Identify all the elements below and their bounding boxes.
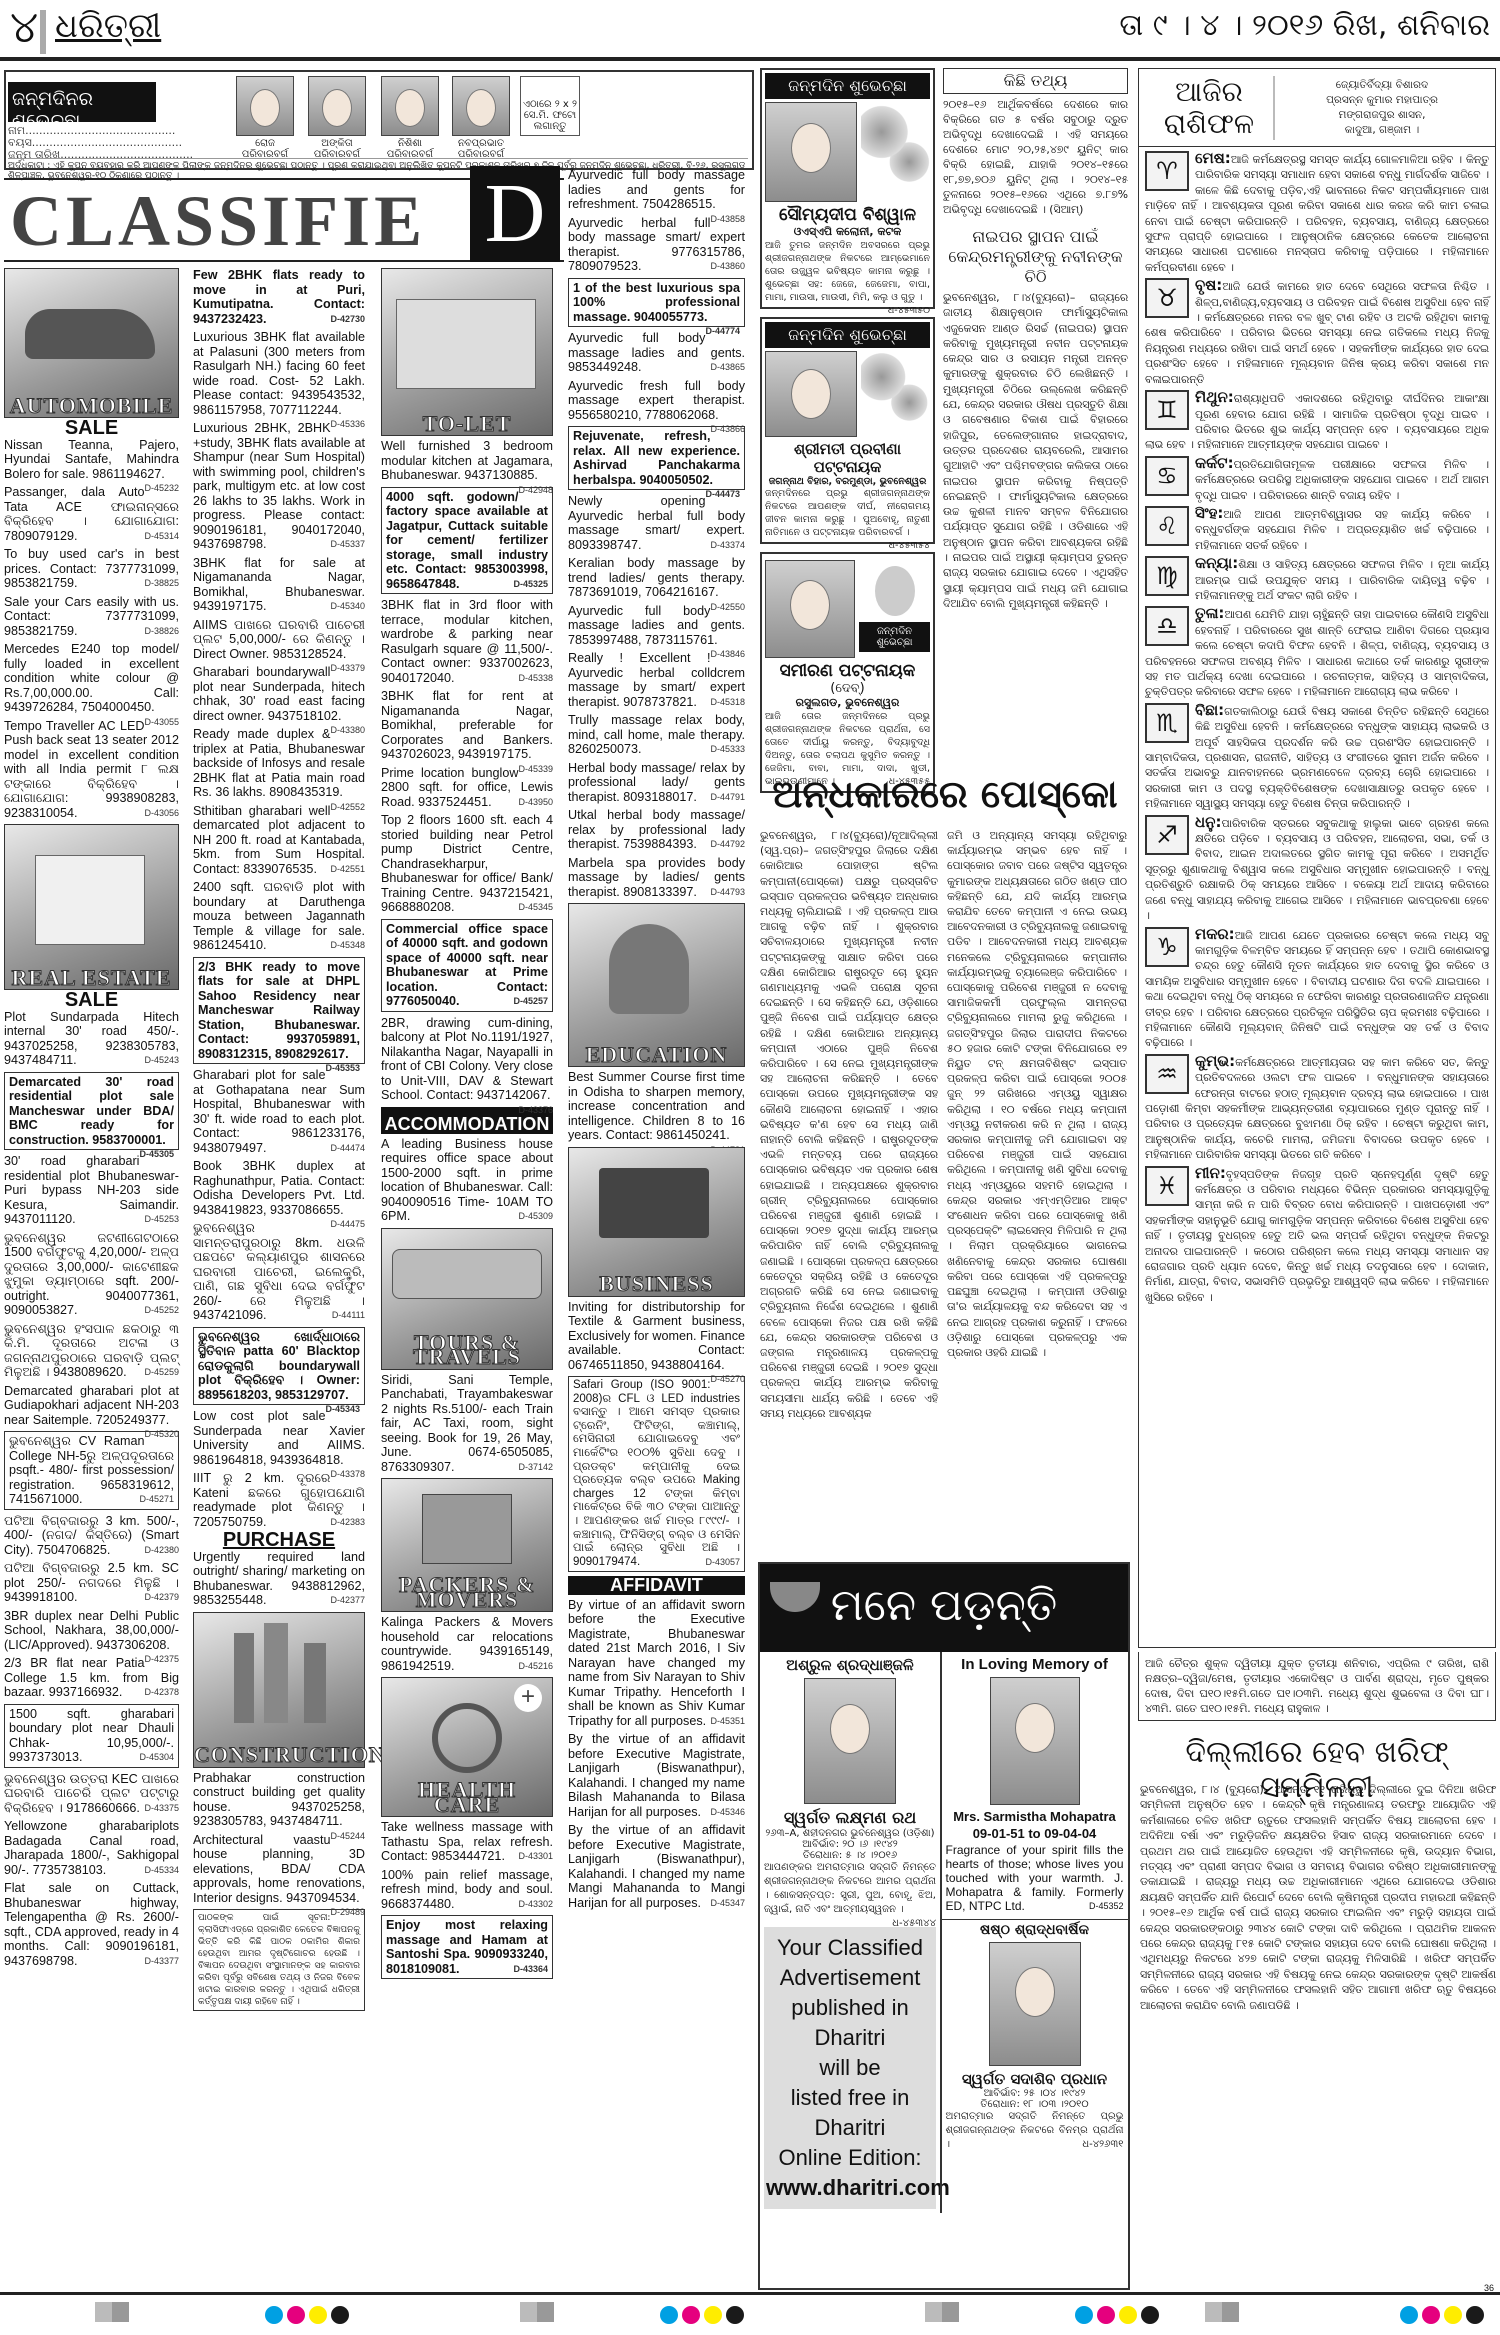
classified-ad[interactable]: 3BR duplex near Delhi Public School, Nak… — [4, 1609, 179, 1653]
birthday-wish-card: ଜନ୍ମଦିନ ଶୁଭେଚ୍ଛା ସୌମ୍ୟଦୀପ ବିଶ୍ୱାଳ ଓଏସ୍‌ଏ… — [760, 68, 935, 309]
maiden-icon: ♍ — [1145, 556, 1189, 596]
scales-icon: ♎ — [1145, 606, 1189, 646]
facts-title: କିଛି ତଥ୍ୟ — [943, 68, 1128, 94]
classified-ad[interactable]: Urgently required land outright/ sharing… — [193, 1550, 365, 1608]
balloon-icon — [875, 566, 915, 616]
classified-ad[interactable]: Ayurvedic fresh full body massage expert… — [568, 379, 745, 423]
classified-ad[interactable]: 2BR, drawing cum-dining, balcony at Plot… — [381, 1016, 553, 1103]
classified-ad[interactable]: Mercedes E240 top model/ fully loaded in… — [4, 642, 179, 715]
issue-date: ତା ୯ । ୪ । ୨୦୧୬ ରିଖ, ଶନିବାର — [1119, 8, 1490, 43]
column-realestate-2: Few 2BHK flats ready to move in at Puri,… — [193, 268, 365, 2015]
child-photo — [381, 76, 439, 136]
child-photo — [236, 76, 294, 136]
classified-ad[interactable]: Gharabari plot for sale at Gothapatana n… — [193, 1068, 365, 1155]
lamp-icon — [770, 1582, 820, 1612]
classified-ad[interactable]: Plot Sundarpada Hitech internal 30' road… — [4, 1010, 179, 1068]
student-icon — [609, 924, 689, 1014]
classified-ad-featured[interactable]: Enjoy most relaxing massage and Hamam at… — [381, 1915, 553, 1979]
bus-icon — [392, 1249, 542, 1299]
gray-registration-mark — [520, 2302, 554, 2322]
classified-ad[interactable]: Nissan Teanna, Pajero, Hyundai Santafe, … — [4, 438, 179, 482]
horoscope-header: ଆଜିରରାଶିଫଳ ଜ୍ୟୋତିର୍ବିଦ୍ୟା ବିଶାରଦପ୍ରସନ୍ନ … — [1139, 69, 1495, 147]
affidavit-notice[interactable]: By the virtue of an affidavit before Exe… — [568, 1823, 745, 1910]
classified-ad[interactable]: Ayurvedic full body massage ladies and g… — [568, 168, 745, 212]
classified-ad[interactable]: Sthitiban gharabari well demarcated plot… — [193, 804, 365, 877]
classified-ad[interactable]: Siridi, Sani Temple, Panchabati, Trayamb… — [381, 1373, 553, 1475]
classified-ad-featured[interactable]: ଭୁବନେଶ୍ୱର ଖୋର୍ଦ୍ଧାଠାରେ ସ୍ଥିତିବାନ patta 6… — [193, 1327, 365, 1406]
cmyk-registration-mark — [1400, 2306, 1484, 2324]
horoscope-entry: ♏ବିଛା:ଗତକାଲିଠାରୁ ଯେଉଁ ବିଷୟ ସକାଶେ ଚିନ୍ତିତ… — [1145, 703, 1489, 812]
horoscope-entry: ♑ମକର:ଆଜି ଆପଣ ଯେତେ ପ୍ରକାରର ଚେଷ୍ଟା କଲେ ମଧ୍… — [1145, 927, 1489, 1051]
affidavit-notice[interactable]: By the virtue of an affidavit before Exe… — [568, 1732, 745, 1819]
posco-article-col-2: ଜମି ଓ ଅନ୍ୟାନ୍ୟ ସମସ୍ୟା ରହିଥିବାରୁ କାର୍ଯ୍ୟା… — [947, 828, 1127, 1360]
header-rule — [0, 57, 1500, 61]
classified-ad[interactable]: Utkal herbal body massage/ relax by prof… — [568, 808, 745, 852]
business-image: BUSINESS — [568, 1147, 745, 1297]
niper-article-body: ଭୁବନେଶ୍ୱର, ୮।୪(ବ୍ୟୁରୋ)– ରାଜ୍ୟରେ ଜାତୀୟ ଶି… — [943, 290, 1128, 611]
photo-caption: ନିଶିଶାପରିବାରବର୍ଗ — [371, 138, 449, 160]
cmyk-registration-mark — [660, 2306, 744, 2324]
gray-registration-mark — [925, 2302, 959, 2322]
horoscope-entry: ♈ମେଷ:ଆଜି କର୍ମକ୍ଷେତ୍ରସ୍ଥ ସମସ୍ତ କାର୍ଯ୍ୟ ଗୋ… — [1145, 151, 1489, 275]
portrait-photo — [765, 351, 857, 437]
flower-decoration — [861, 102, 930, 202]
classified-title: CLASSIFIE — [10, 180, 426, 263]
obituary-left: ଅଶ୍ରୁଳ ଶ୍ରଦ୍ଧାଞ୍ଜଳି ସ୍ୱର୍ଗତ ଲକ୍ଷ୍ମଣ ରଥ ୨… — [760, 1652, 940, 2213]
section-purchase: PURCHASE — [193, 1533, 365, 1548]
car-icon — [25, 309, 155, 359]
classified-ad[interactable]: Marbela spa provides body massage by lad… — [568, 856, 745, 900]
horoscope-section: ଆଜିରରାଶିଫଳ ଜ୍ୟୋତିର୍ବିଦ୍ୟା ବିଶାରଦପ୍ରସନ୍ନ … — [1138, 68, 1496, 1648]
photo-placeholder[interactable]: ଏଠାରେ ୨ x ୨ ସେ.ମି. ଫଟୋ ଲଗାନ୍ତୁ — [520, 76, 580, 136]
classified-ad[interactable]: Architectural vaastu house planning, 3D … — [193, 1833, 365, 1906]
classified-ad[interactable]: Luxurious 2BHK, 2BHK +study, 3BHK flats … — [193, 421, 365, 552]
ram-icon: ♈ — [1145, 151, 1189, 191]
classified-ad[interactable]: Trully massage relax body, mind, call ho… — [568, 713, 745, 757]
birthday-badge: ଜନ୍ମଦିନ ଶୁଭେଚ୍ଛା — [859, 622, 930, 652]
classified-ad[interactable]: Few 2BHK flats ready to move in at Puri,… — [193, 268, 365, 326]
horoscope-entry: ♌ସିଂହ:ଆଜି ଆପଣ ଆତ୍ମବିଶ୍ୱାସର ସହ କାର୍ଯ୍ୟ କର… — [1145, 506, 1489, 553]
classified-ad[interactable]: Flat sale on Cuttack, Bhubaneswar highwa… — [4, 1881, 179, 1968]
to-let-image: TO-LET — [381, 268, 553, 436]
goat-icon: ♑ — [1145, 927, 1189, 967]
truck-icon — [422, 1494, 512, 1564]
classified-ad[interactable]: Yellowzone gharabariplots Badagada Canal… — [4, 1819, 179, 1877]
birthday-wish-card: ଜନ୍ମଦିନ ଶୁଭେଚ୍ଛା ଶ୍ରୀମତୀ ପ୍ରବୀଣା ପଟ୍ଟନାୟ… — [760, 317, 935, 544]
classified-ad[interactable]: Sale your Cars easily with us. Contact: … — [4, 595, 179, 639]
classified-ad[interactable]: Kalinga Packers & Movers household car r… — [381, 1615, 553, 1673]
photo-caption: ନବପ୍ରଭାତପରିବାରବର୍ଗ — [442, 138, 520, 160]
birthday-coupon-title: ଜନ୍ମଦିନର ଶୁଭେଚ୍ଛା — [8, 82, 156, 122]
tours-travels-image: TOURS & TRAVELS — [381, 1228, 553, 1370]
child-photo — [308, 76, 366, 136]
education-image: EDUCATION — [568, 903, 745, 1067]
portrait-photo — [765, 102, 857, 202]
horoscope-entry: ♎ତୁଳା:ଆପଣ ଯେମିତି ଯାହା ଚାହୁଁଛନ୍ତି ତାହା ପା… — [1145, 606, 1489, 699]
classified-ad[interactable]: To buy used car's in best prices. Contac… — [4, 547, 179, 591]
page-number: ୪ — [10, 2, 38, 53]
birthday-wishes-column: ଜନ୍ମଦିନ ଶୁଭେଚ୍ଛା ସୌମ୍ୟଦୀପ ବିଶ୍ୱାଳ ଓଏସ୍‌ଏ… — [760, 68, 935, 793]
classified-ad[interactable]: 3BHK flat for sale at Nigamananda Nagar,… — [193, 556, 365, 614]
classified-ad-featured[interactable]: Demarcated 30' road residential plot sal… — [4, 1072, 179, 1151]
column-massage-business: Ayurvedic full body massage ladies and g… — [568, 168, 745, 1914]
classified-title-d: D — [470, 166, 560, 262]
birthday-wish-card: ଜନ୍ମଦିନ ଶୁଭେଚ୍ଛା ସମୀରଣ ପଟ୍ଟନାୟକ (ଦେବ୍) ର… — [760, 552, 935, 793]
portrait-photo — [990, 1677, 1080, 1805]
section-sale: SALE — [4, 421, 179, 436]
classified-ad[interactable]: ଭୁବନେଶ୍ୱର ଜଟଣୀଗେଟଠାରେ 1500 ବର୍ଗଫୁଟକୁ 4,2… — [4, 1231, 179, 1318]
niper-headline-2[interactable]: କେନ୍ଦ୍ରମନ୍ତ୍ରୀଙ୍କୁ ନବୀନଙ୍କ ଚିଠି — [943, 247, 1128, 287]
portrait-photo — [765, 560, 855, 658]
classified-ad[interactable]: ପଟିଆ ବିଗ୍‌ବଜାରରୁ 2.5 km. SC plot 250/- ନ… — [4, 1561, 179, 1605]
horoscope-entry: ♉ବୃଷ:ଆଜି ଯେଉଁ କାମରେ ହାତ ଦେବେ ସେଥିରେ ସଫଳତ… — [1145, 278, 1489, 387]
classified-ad-featured[interactable]: 2/3 BHK ready to move flats for sale at … — [193, 957, 365, 1065]
classified-ad[interactable]: Top 2 floors 1600 sft. each 4 storied bu… — [381, 813, 553, 915]
classified-ad[interactable]: ଭୁବନେଶ୍ୱର ଉତ୍ତରା KEC ପାଖରେ ଘରବାରି ପାଚେରି… — [4, 1772, 179, 1816]
classified-ad[interactable]: 100% pain relief massage, refresh mind, … — [381, 1868, 553, 1912]
health-care-image: + HEALTH CARE — [381, 1677, 553, 1817]
classified-ad-featured[interactable]: 1 of the best luxurious spa 100% profess… — [568, 278, 745, 328]
classified-ad[interactable]: AIIMS ପାଖରେ ଘରବାରି ପାଚେରୀ ପ୍ଲଟ 5,00,000/… — [193, 618, 365, 662]
horoscope-entry: ♊ମିଥୁନ:ରାଶ୍ୟାଧିପତି ଏକାଦଶରେ ରହିଥିବାରୁ ଦୀର… — [1145, 390, 1489, 453]
classified-ad[interactable]: Well furnished 3 bedroom modular kitchen… — [381, 439, 553, 483]
archer-icon: ♐ — [1145, 815, 1189, 855]
classified-ad-boxed[interactable]: ଭୁବନେଶ୍ୱର CV Raman College NH-5ରୁ ଅଳ୍ପଦୂ… — [4, 1431, 179, 1510]
child-photo — [452, 76, 510, 136]
portrait-photo — [989, 1942, 1081, 2066]
classified-ad-boxed[interactable]: 1500 sqft. gharabari boundary plot near … — [4, 1704, 179, 1768]
shraddha-notice: ଷଷ୍ଠ ଶ୍ରାଦ୍ଧବାର୍ଷିକ ସ୍ୱର୍ଗତ ସଦାଶିବ ପ୍ରଧା… — [942, 1919, 1128, 2152]
gray-registration-mark — [1205, 2302, 1239, 2322]
header-divider — [40, 10, 46, 54]
classified-ad[interactable]: 3BHK flat in 3rd floor with terrace, mod… — [381, 598, 553, 685]
horoscope-entry: ♐ଧନୁ:ପାରିବାରିକ ସ୍ତରରେ ସବୁକଥାକୁ ହାଲୁକା ଭା… — [1145, 815, 1489, 924]
crab-icon: ♋ — [1145, 456, 1189, 496]
posco-headline[interactable]: ଅନ୍ଧକାରରେ ପୋସ୍କୋ — [760, 772, 1130, 817]
classified-ad-boxed[interactable]: Safari Group (ISO 9001: 2008)ର CFL ଓ LED… — [568, 1376, 745, 1572]
facts-body: ୨୦୧୫–୧୬ ଆର୍ଥିକବର୍ଷରେ ଦେଶରେ କାର ବିକ୍ରିରେ … — [943, 97, 1128, 217]
footer-rule — [0, 2292, 1500, 2295]
twins-icon: ♊ — [1145, 390, 1189, 430]
horoscope-list: ♈ମେଷ:ଆଜି କର୍ମକ୍ଷେତ୍ରସ୍ଥ ସମସ୍ତ କାର୍ଯ୍ୟ ଗୋ… — [1139, 147, 1495, 1312]
classified-ad[interactable]: ଭୁବନେଶ୍ୱର ସାମନ୍ତରାପୁରଠାରୁ 8km. ଧଉଳି ପଛପଟ… — [193, 1221, 365, 1323]
classified-ad[interactable]: 30' road gharabari residential plot Bhub… — [4, 1154, 179, 1227]
classified-ad-featured[interactable]: Commercial office space of 40000 sqft. a… — [381, 919, 553, 1012]
stethoscope-icon — [432, 1703, 502, 1773]
section-sale: SALE — [4, 993, 179, 1008]
reader-disclaimer: ପାଠକଙ୍କ ପାଇଁ ସୂଚନା: କ୍ଲାସିଫାଏଡ୍‌ରେ ପ୍ରକା… — [193, 1909, 365, 2011]
lion-icon: ♌ — [1145, 506, 1189, 546]
classified-ad[interactable]: ପଟିଆ ବିଗ୍‌ବଜାରରୁ 3 km. 500/-, 400/- (ନଗଦ… — [4, 1514, 179, 1558]
page-code: 36 — [1484, 2283, 1494, 2293]
packers-movers-image: PACKERS & MOVERS — [381, 1478, 553, 1612]
real-estate-image: REAL ESTATE — [4, 824, 179, 990]
classified-ad[interactable]: 2400 sqft. ଘରବାଡି plot with boundary at … — [193, 880, 365, 953]
facts-news-column: କିଛି ତଥ୍ୟ ୨୦୧୫–୧୬ ଆର୍ଥିକବର୍ଷରେ ଦେଶରେ କାର… — [943, 68, 1128, 611]
bull-icon: ♉ — [1145, 278, 1189, 318]
online-edition-promo[interactable]: Your Classified Advertisement published … — [764, 1927, 936, 2209]
horoscope-entry: ♋କର୍କଟ:ପ୍ରତିଯୋଗିତାମୂଳକ ପରୀକ୍ଷାରେ ସଫଳତା ମ… — [1145, 456, 1489, 503]
house-icon — [35, 855, 145, 945]
almanac-panjika: ଆଜି ଚୈତ୍ର ଶୁକ୍ଳ ଦ୍ୱିତୀୟା ଯୁକ୍ତ ତୃତୀୟା ଶନ… — [1138, 1652, 1496, 1721]
house-icon — [396, 299, 536, 389]
cmyk-registration-mark — [1075, 2306, 1159, 2324]
portrait-photo — [804, 1678, 896, 1804]
fish-icon: ♓ — [1145, 1166, 1189, 1206]
classified-ad[interactable]: Newly opening Ayurvedic herbal full body… — [568, 494, 745, 552]
niper-headline[interactable]: ନାଇପର ସ୍ଥାପନ ପାଇଁ — [943, 227, 1128, 247]
kharif-article-body: ଭୁବନେଶ୍ୱର, ୮।୪ (ବ୍ୟୁରୋ)– ଆସନ୍ତା ୧୧ ତାରିଖ… — [1140, 1782, 1496, 2013]
construction-image: CONSTRUCTION — [193, 1612, 365, 1768]
horoscope-entry: ♍କନ୍ୟା:ଶିକ୍ଷା ଓ ସାହିତ୍ୟ କ୍ଷେତ୍ରରେ ସଫଳତା … — [1145, 556, 1489, 603]
posco-article-col-1: ଭୁବନେଶ୍ୱର, ୮।୪(ବ୍ୟୁରୋ)/ନୂଆଦିଲ୍ଲୀ (ସ୍ୱ.ପ୍… — [760, 828, 938, 1421]
gray-registration-mark — [95, 2302, 129, 2322]
automobile-image: AUTOMOBILE — [4, 268, 179, 418]
section-affidavit: AFFIDAVIT — [568, 1576, 745, 1595]
classified-ad[interactable]: Best Summer Course first time in Odisha … — [568, 1070, 745, 1143]
scorpion-icon: ♏ — [1145, 703, 1189, 743]
briefcase-icon — [599, 1168, 709, 1238]
classified-ad[interactable]: Ready made duplex & triplex at Patia, Bh… — [193, 727, 365, 800]
classified-ad[interactable]: Low cost plot sale Sunderpada near Xavie… — [193, 1409, 365, 1467]
classified-ad[interactable]: Prabhakar construction construct buildin… — [193, 1771, 365, 1829]
classified-ad[interactable]: Luxurious 3BHK flat available at Palasun… — [193, 330, 365, 417]
classified-ad[interactable]: Tempo Traveller AC LED Push back seat 13… — [4, 719, 179, 821]
classified-ad[interactable]: Book 3BHK duplex at Raghunathpur, Patia.… — [193, 1159, 365, 1217]
obituary-banner: ମନେ ପଡ଼ନ୍ତି — [760, 1564, 1128, 1652]
affidavit-notice[interactable]: By virtue of an affidavit sworn before t… — [568, 1598, 745, 1729]
photo-caption: ରୋଜପରିବାରବର୍ଗ — [226, 138, 304, 160]
classified-ad[interactable]: Take wellness massage with Tathastu Spa,… — [381, 1820, 553, 1864]
water-bearer-icon: ♒ — [1145, 1054, 1189, 1094]
obituary-right: In Loving Memory of Mrs. Sarmistha Mohap… — [942, 1652, 1128, 2213]
obituary-section: ମନେ ପଡ଼ନ୍ତି ଅଶ୍ରୁଳ ଶ୍ରଦ୍ଧାଞ୍ଜଳି ସ୍ୱର୍ଗତ … — [758, 1562, 1130, 2290]
horoscope-entry: ♓ମୀନ:ବୃହସ୍ପତିଙ୍କ ନିଜଗୃହ ପ୍ରତି ସ୍ନେହପୂର୍ଣ… — [1145, 1166, 1489, 1306]
classified-ad[interactable]: Keralian body massage by trend ladies/ g… — [568, 556, 745, 600]
cmyk-registration-mark — [265, 2306, 349, 2324]
photo-caption: ଅଙ୍କିତାପରିବାରବର୍ଗ — [298, 138, 376, 160]
classified-ad[interactable]: 3BHK flat for rent at Nigamananda Nagar,… — [381, 689, 553, 762]
column-tolet: TO-LET Well furnished 3 bedroom modular … — [381, 268, 553, 1983]
column-automobile-realestate: AUTOMOBILE SALE Nissan Teanna, Pajero, H… — [4, 268, 179, 1972]
classified-ad[interactable]: A leading Business house requires office… — [381, 1137, 553, 1224]
newspaper-logo[interactable]: ଧରିତ୍ରୀ — [55, 6, 161, 46]
classified-ad-featured[interactable]: 4000 sqft. godown/ factory space availab… — [381, 487, 553, 595]
classified-ad[interactable]: ଭୁବନେଶ୍ୱର ହଂସପାଳ ଛକଠାରୁ ୩ କି.ମି. ଦୂରତାରେ… — [4, 1322, 179, 1380]
horoscope-entry: ♒କୁମ୍ଭ:କର୍ମକ୍ଷେତ୍ରରେ ଆତ୍ମୀୟତାର ସହ କାମ କର… — [1145, 1054, 1489, 1163]
astrologer-credit: ଜ୍ୟୋତିର୍ବିଦ୍ୟା ବିଶାରଦପ୍ରସନ୍ନ କୁମାର ମହାପା… — [1275, 78, 1489, 138]
classified-ad[interactable]: Herbal body massage/ relax by profession… — [568, 761, 745, 805]
classified-ad[interactable]: Inviting for distributorship for Textile… — [568, 1300, 745, 1373]
flower-decoration — [861, 351, 930, 437]
medical-cross-icon: + — [514, 1684, 542, 1712]
classified-ad[interactable]: Demarcated gharabari plot at Gudiapokhar… — [4, 1384, 179, 1428]
